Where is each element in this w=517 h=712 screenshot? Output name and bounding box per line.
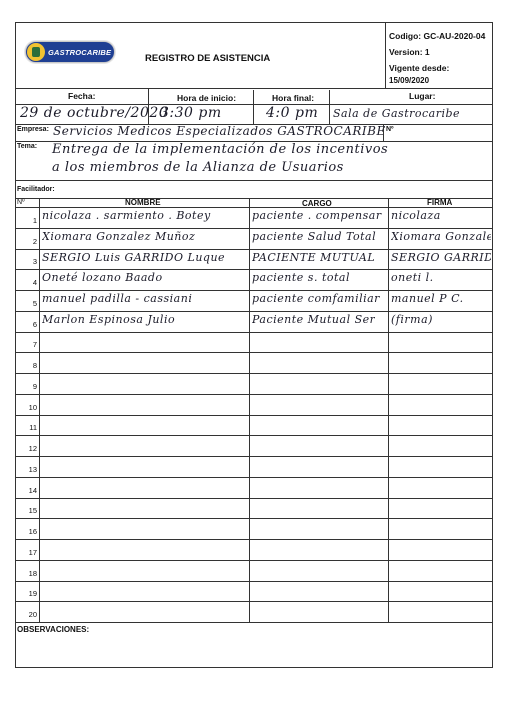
- row-number: 1: [17, 216, 37, 225]
- firma-cell[interactable]: manuel P C.: [391, 292, 464, 305]
- col-header-nombre: NOMBRE: [125, 198, 161, 207]
- row-number: 8: [17, 361, 37, 370]
- gastrocaribe-logo: GASTROCARIBE: [25, 41, 115, 63]
- row-number: 7: [17, 340, 37, 349]
- divider: [388, 198, 389, 622]
- name-cell[interactable]: Oneté lozano Baado: [42, 271, 163, 284]
- row-number: 18: [17, 569, 37, 578]
- row-divider: [15, 352, 493, 353]
- row-number: 15: [17, 506, 37, 515]
- observaciones-label: OBSERVACIONES:: [17, 625, 89, 634]
- divider: [253, 90, 254, 124]
- codigo-text: Codigo: GC-AU-2020-04: [389, 31, 485, 41]
- name-cell[interactable]: Marlon Espinosa Julio: [42, 313, 175, 326]
- fecha-value[interactable]: 29 de octubre/2020: [20, 105, 168, 121]
- row-number: 14: [17, 486, 37, 495]
- col-header-firma: FIRMA: [427, 198, 452, 207]
- version-text: Version: 1: [389, 47, 430, 57]
- cargo-cell[interactable]: paciente s. total: [252, 271, 350, 284]
- row-divider: [15, 249, 493, 250]
- row-divider: [15, 311, 493, 312]
- col-header-num: Nº: [17, 199, 25, 206]
- empresa-label: Empresa:: [17, 126, 49, 133]
- row-number: 17: [17, 548, 37, 557]
- observaciones-field[interactable]: [16, 634, 491, 667]
- name-cell[interactable]: manuel padilla - cassiani: [42, 292, 192, 305]
- page-title: REGISTRO DE ASISTENCIA: [145, 53, 270, 64]
- row-number: 5: [17, 299, 37, 308]
- vigente-date: 15/09/2020: [389, 76, 429, 85]
- divider: [329, 90, 330, 124]
- divider: [39, 198, 40, 622]
- row-divider: [15, 601, 493, 602]
- row-number: 13: [17, 465, 37, 474]
- empresa-value[interactable]: Servicios Medicos Especializados GASTROC…: [53, 124, 386, 138]
- hora-final-label: Hora final:: [272, 93, 314, 103]
- row-number: 9: [17, 382, 37, 391]
- firma-cell[interactable]: Xiomara Gonzalez: [391, 230, 491, 243]
- row-divider: [15, 539, 493, 540]
- divider: [15, 88, 493, 89]
- row-divider: [15, 269, 493, 270]
- divider: [249, 198, 250, 622]
- row-number: 12: [17, 444, 37, 453]
- divider: [383, 124, 384, 141]
- row-number: 11: [17, 423, 37, 432]
- row-divider: [15, 498, 493, 499]
- divider: [385, 22, 386, 88]
- vigente-label: Vigente desde:: [389, 63, 449, 73]
- hora-inicio-label: Hora de inicio:: [177, 93, 236, 103]
- divider: [15, 198, 493, 199]
- row-divider: [15, 332, 493, 333]
- firma-cell[interactable]: (firma): [391, 313, 433, 326]
- row-number: 4: [17, 278, 37, 287]
- tema-label: Tema:: [17, 143, 37, 150]
- cargo-cell[interactable]: Paciente Mutual Ser: [252, 313, 375, 326]
- facilitador-label: Facilitador:: [17, 186, 55, 193]
- row-divider: [15, 290, 493, 291]
- row-number: 20: [17, 610, 37, 619]
- row-number: 2: [17, 237, 37, 246]
- row-divider: [15, 518, 493, 519]
- numero-label: Nº: [386, 126, 394, 133]
- hora-inicio-value[interactable]: 3:30 pm: [160, 105, 222, 121]
- name-cell[interactable]: Xiomara Gonzalez Muñoz: [42, 230, 195, 243]
- row-divider: [15, 456, 493, 457]
- lugar-value[interactable]: Sala de Gastrocaribe: [333, 107, 460, 120]
- row-divider: [15, 415, 493, 416]
- hora-final-value[interactable]: 4:0 pm: [266, 105, 318, 121]
- firma-cell[interactable]: SERGIO GARRIDO. L: [391, 251, 491, 264]
- cargo-cell[interactable]: paciente . compensar: [252, 209, 382, 222]
- lugar-label: Lugar:: [409, 91, 435, 101]
- logo-text: GASTROCARIBE: [48, 48, 111, 57]
- tema-line-2[interactable]: a los miembros de la Alianza de Usuarios: [52, 160, 344, 175]
- row-number: 6: [17, 320, 37, 329]
- firma-cell[interactable]: oneti l.: [391, 271, 434, 284]
- divider: [15, 207, 493, 208]
- row-number: 19: [17, 589, 37, 598]
- row-divider: [15, 435, 493, 436]
- name-cell[interactable]: SERGIO Luis GARRIDO Luque: [42, 251, 225, 264]
- row-divider: [15, 228, 493, 229]
- cargo-cell[interactable]: PACIENTE MUTUAL: [252, 251, 375, 264]
- row-number: 10: [17, 403, 37, 412]
- cargo-cell[interactable]: paciente comfamiliar: [252, 292, 380, 305]
- tema-line-1[interactable]: Entrega de la implementación de los ince…: [52, 142, 388, 157]
- divider: [15, 180, 493, 181]
- row-divider: [15, 373, 493, 374]
- row-divider: [15, 560, 493, 561]
- row-divider: [15, 477, 493, 478]
- row-divider: [15, 581, 493, 582]
- fecha-label: Fecha:: [68, 91, 95, 101]
- row-number: 3: [17, 257, 37, 266]
- name-cell[interactable]: nicolaza . sarmiento . Botey: [42, 209, 211, 222]
- logo-emblem-icon: [27, 43, 45, 61]
- divider: [15, 622, 493, 623]
- cargo-cell[interactable]: paciente Salud Total: [252, 230, 376, 243]
- row-number: 16: [17, 527, 37, 536]
- firma-cell[interactable]: nicolaza: [391, 209, 441, 222]
- row-divider: [15, 394, 493, 395]
